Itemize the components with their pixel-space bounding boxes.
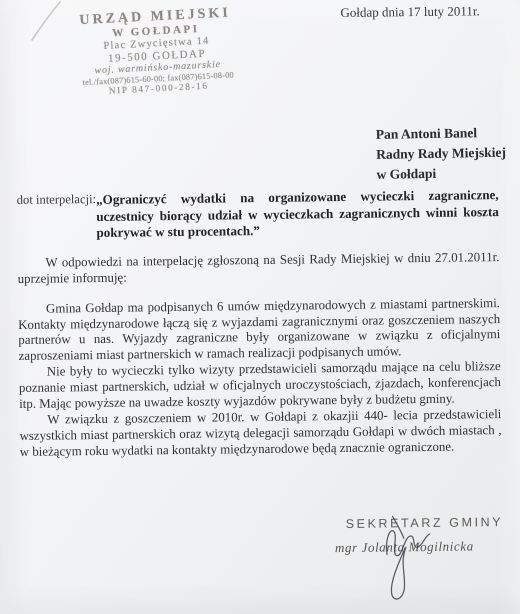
body-paragraph: Gmina Gołdap ma podpisanych 6 umów międz… xyxy=(18,296,501,366)
subject-label: dot interpelacji: xyxy=(17,192,97,209)
subject-text: „Ograniczyć wydatki na organizowane wyci… xyxy=(96,187,499,242)
letter-sheet: URZĄD MIEJSKI W GOŁDAPI Plac Zwycięstwa … xyxy=(0,0,520,614)
body-paragraph: Nie były to wycieczki tylko wizyty przed… xyxy=(19,359,502,413)
body-paragraph: W związku z goszczeniem w 2010r. w Gołda… xyxy=(19,407,502,461)
date-line: Gołdap dnia 17 luty 2011r. xyxy=(340,3,479,21)
letter-body: dot interpelacji: „Ograniczyć wydatki na… xyxy=(17,187,502,461)
recipient-line: Pan Antoni Banel xyxy=(376,123,506,145)
recipient-line: w Gołdapi xyxy=(376,163,506,185)
body-paragraph: W odpowiedzi na interpelację zgłoszoną n… xyxy=(17,250,499,288)
sender-stamp: URZĄD MIEJSKI W GOŁDAPI Plac Zwycięstwa … xyxy=(37,3,277,100)
recipient-line: Radny Rady Miejskiej xyxy=(376,143,506,165)
handwritten-signature xyxy=(354,509,475,610)
scanned-letter: URZĄD MIEJSKI W GOŁDAPI Plac Zwycięstwa … xyxy=(0,0,520,614)
recipient-block: Pan Antoni Banel Radny Rady Miejskiej w … xyxy=(376,123,507,185)
subject-line: dot interpelacji: „Ograniczyć wydatki na… xyxy=(17,187,500,243)
